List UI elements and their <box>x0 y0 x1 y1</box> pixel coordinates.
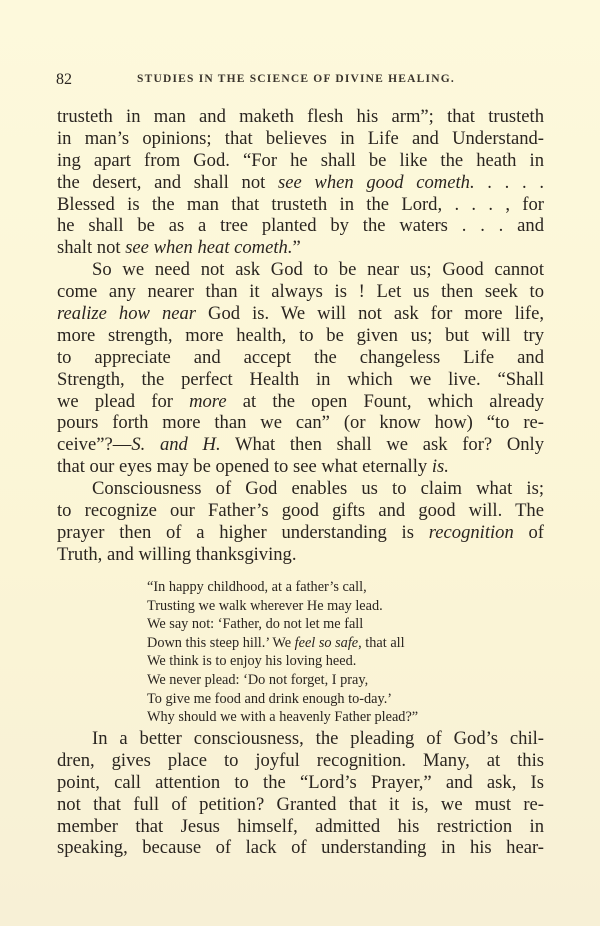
text-line: more strength, more health, to be given … <box>57 325 544 347</box>
italic-phrase: is. <box>432 456 449 477</box>
text-fragment: What then shall we ask for? Only <box>221 434 544 455</box>
text-line: come any nearer than it always is ! Let … <box>57 281 544 303</box>
poem-quote: “In happy childhood, at a father’s call,… <box>147 578 507 727</box>
text-line: member that Jesus himself, admitted his … <box>57 816 544 838</box>
text-fragment: that our eyes may be opened to see what … <box>57 456 432 477</box>
text-line: pours forth more than we can” (or know h… <box>57 412 544 434</box>
text-line: to appreciate and accept the changeless … <box>57 347 544 369</box>
running-title: STUDIES IN THE SCIENCE OF DIVINE HEALING… <box>137 73 455 85</box>
text-line: realize how near God is. We will not ask… <box>57 303 544 325</box>
text-line: trusteth in man and maketh flesh his arm… <box>57 106 544 128</box>
closing-paragraph: In a better consciousness, the pleading … <box>57 728 544 859</box>
text-line: in man’s opinions; that believes in Life… <box>57 128 544 150</box>
text-fragment: , that all <box>358 635 404 651</box>
paragraph-start-line: In a better consciousness, the pleading … <box>57 728 544 750</box>
text-line: to recognize our Father’s good gifts and… <box>57 500 544 522</box>
poem-line: Why should we with a heavenly Father ple… <box>147 708 507 727</box>
poem-line: Down this steep hill.’ We feel so safe, … <box>147 634 507 653</box>
text-line: point, call attention to the “Lord’s Pra… <box>57 772 544 794</box>
poem-line: We think is to enjoy his loving heed. <box>147 652 507 671</box>
text-fragment: God is. We will not ask for more life, <box>196 303 544 324</box>
text-line: not that full of petition? Granted that … <box>57 794 544 816</box>
poem-line: Trusting we walk wherever He may lead. <box>147 597 507 616</box>
text-fragment: we plead for <box>57 391 189 412</box>
italic-phrase: realize how near <box>57 303 196 324</box>
text-line: that our eyes may be opened to see what … <box>57 456 544 478</box>
text-line: speaking, because of lack of understandi… <box>57 837 544 859</box>
poem-line: We never plead: ‘Do not forget, I pray, <box>147 671 507 690</box>
poem-line: To give me food and drink enough to-day.… <box>147 690 507 709</box>
poem-line: “In happy childhood, at a father’s call, <box>147 578 507 597</box>
paragraph-start-line: Consciousness of God enables us to claim… <box>57 478 544 500</box>
text-line: ing apart from God. “For he shall be lik… <box>57 150 544 172</box>
text-line: dren, gives place to joyful recognition.… <box>57 750 544 772</box>
text-line: we plead for more at the open Fount, whi… <box>57 391 544 413</box>
page-header: 82 STUDIES IN THE SCIENCE OF DIVINE HEAL… <box>56 71 546 93</box>
text-fragment: of <box>514 522 544 543</box>
text-fragment: shalt not <box>57 237 125 258</box>
text-fragment: the desert, and shall not <box>57 172 278 193</box>
italic-phrase: feel so safe <box>295 635 359 651</box>
text-line: shalt not see when heat cometh.” <box>57 237 544 259</box>
italic-phrase: more <box>189 391 227 412</box>
text-line: ceive”?—S. and H. What then shall we ask… <box>57 434 544 456</box>
text-fragment: at the open Fount, which already <box>227 391 544 412</box>
text-line: the desert, and shall not see when good … <box>57 172 544 194</box>
italic-phrase: see when heat cometh. <box>125 237 292 258</box>
text-line: Strength, the perfect Health in which we… <box>57 369 544 391</box>
text-line: Blessed is the man that trusteth in the … <box>57 194 544 216</box>
page-number: 82 <box>56 71 72 89</box>
paragraph-start-line: So we need not ask God to be near us; Go… <box>57 259 544 281</box>
text-fragment: prayer then of a higher understanding is <box>57 522 429 543</box>
ellipsis-dots: . . . . <box>475 172 544 193</box>
book-page: 82 STUDIES IN THE SCIENCE OF DIVINE HEAL… <box>0 0 600 926</box>
text-fragment: ceive”?— <box>57 434 131 455</box>
text-line: prayer then of a higher understanding is… <box>57 522 544 544</box>
text-line: he shall be as a tree planted by the wat… <box>57 215 544 237</box>
citation: S. and H. <box>131 434 220 455</box>
italic-phrase: recognition <box>429 522 514 543</box>
text-fragment: ” <box>292 237 300 258</box>
italic-phrase: see when good cometh. <box>278 172 475 193</box>
text-line: Truth, and willing thanksgiving. <box>57 544 544 566</box>
poem-line: We say not: ‘Father, do not let me fall <box>147 615 507 634</box>
text-fragment: Down this steep hill.’ We <box>147 635 295 651</box>
main-text-block: trusteth in man and maketh flesh his arm… <box>57 106 544 566</box>
